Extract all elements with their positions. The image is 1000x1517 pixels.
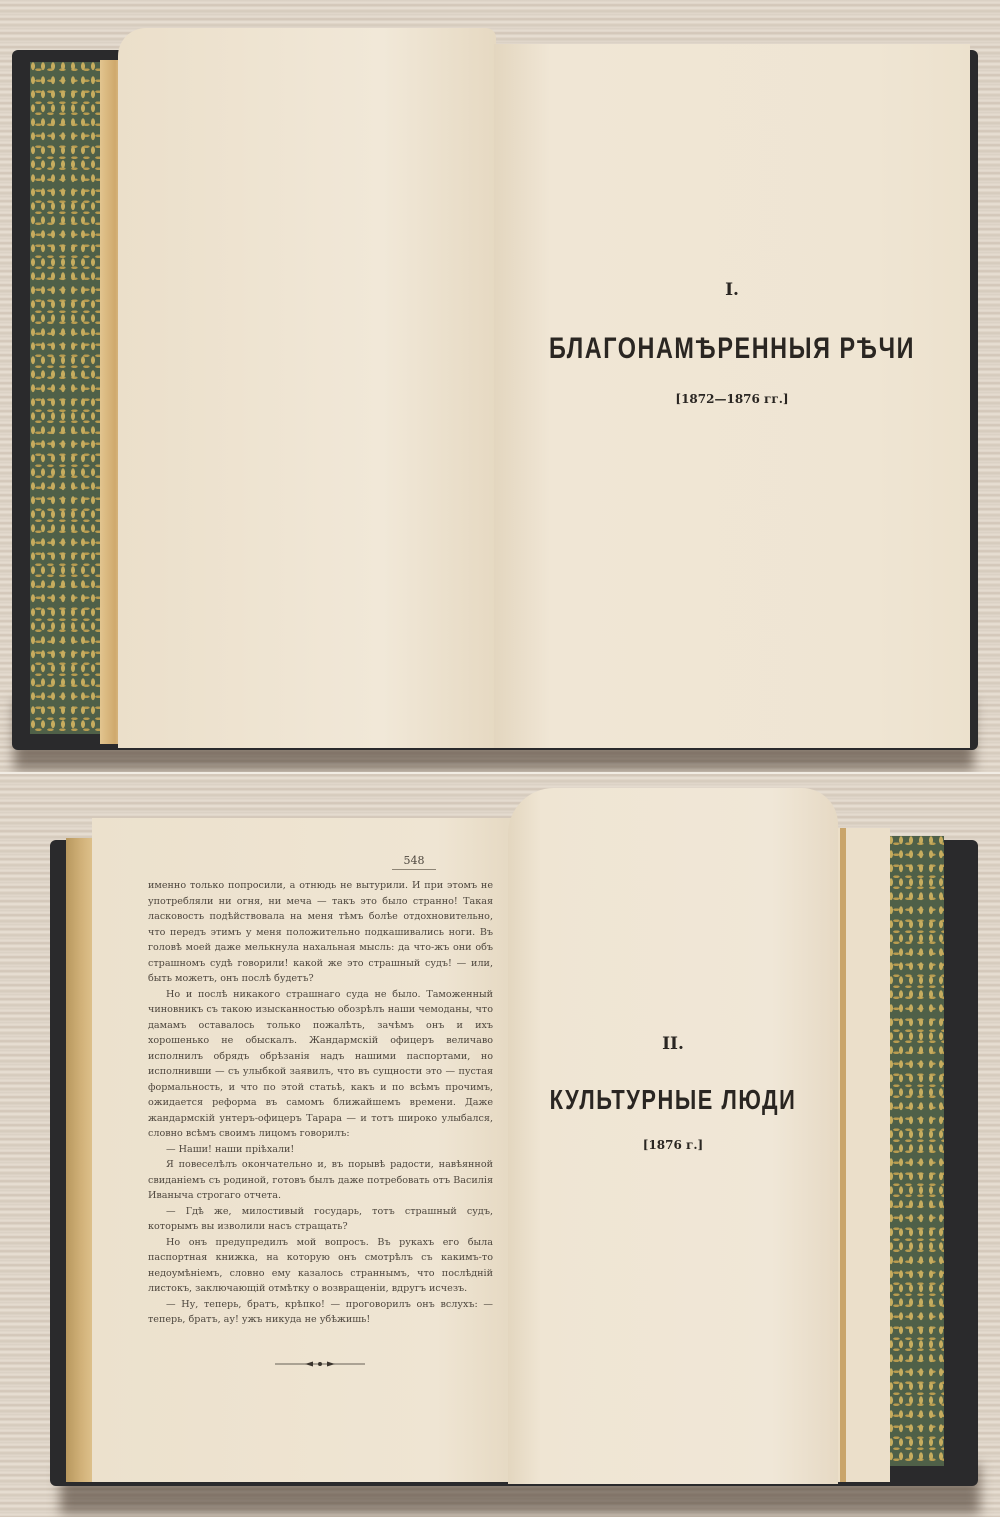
paragraph: Но и послѣ никакого страшнаго суда не бы… [148, 987, 493, 1142]
paragraph: Я повеселѣлъ окончательно и, въ порывѣ р… [148, 1157, 493, 1204]
chapter-years: [1872—1876 гг.] [494, 392, 970, 406]
left-page-text: 548 именно только попросили, а отнюдь не… [92, 818, 524, 1482]
marbled-endpaper-right [888, 836, 944, 1466]
body-text: именно только попросили, а отнюдь не выт… [148, 878, 493, 1328]
right-page: II. КУЛЬТУРНЫЕ ЛЮДИ [1876 г.] [508, 788, 838, 1484]
part-number: I. [494, 280, 970, 300]
chapter-title: БЛАГОНАМѢРЕННЫЯ РѢЧИ [546, 332, 917, 366]
page-number: 548 [392, 854, 436, 870]
paragraph: — Наши! наши пріѣхали! [148, 1142, 493, 1158]
paragraph: Но онъ предупредилъ мой вопросъ. Въ рука… [148, 1235, 493, 1297]
paragraph: — Гдѣ же, милостивый государь, тотъ стра… [148, 1204, 493, 1235]
section-ornament-icon [275, 1360, 365, 1368]
right-page: I. БЛАГОНАМѢРЕННЫЯ РѢЧИ [1872—1876 гг.] [494, 44, 970, 748]
chapter-title: КУЛЬТУРНЫЕ ЛЮДИ [529, 1084, 818, 1116]
part-number: II. [508, 1034, 838, 1054]
paragraph: — Ну, теперь, братъ, крѣпко! — проговори… [148, 1297, 493, 1328]
photo-book-spread-1: I. БЛАГОНАМѢРЕННЫЯ РѢЧИ [1872—1876 гг.] [0, 0, 1000, 772]
chapter-years: [1876 г.] [508, 1138, 838, 1152]
left-page-blank [118, 28, 496, 748]
paragraph: именно только попросили, а отнюдь не выт… [148, 878, 493, 987]
photo-book-spread-2: 548 именно только попросили, а отнюдь не… [0, 772, 1000, 1517]
